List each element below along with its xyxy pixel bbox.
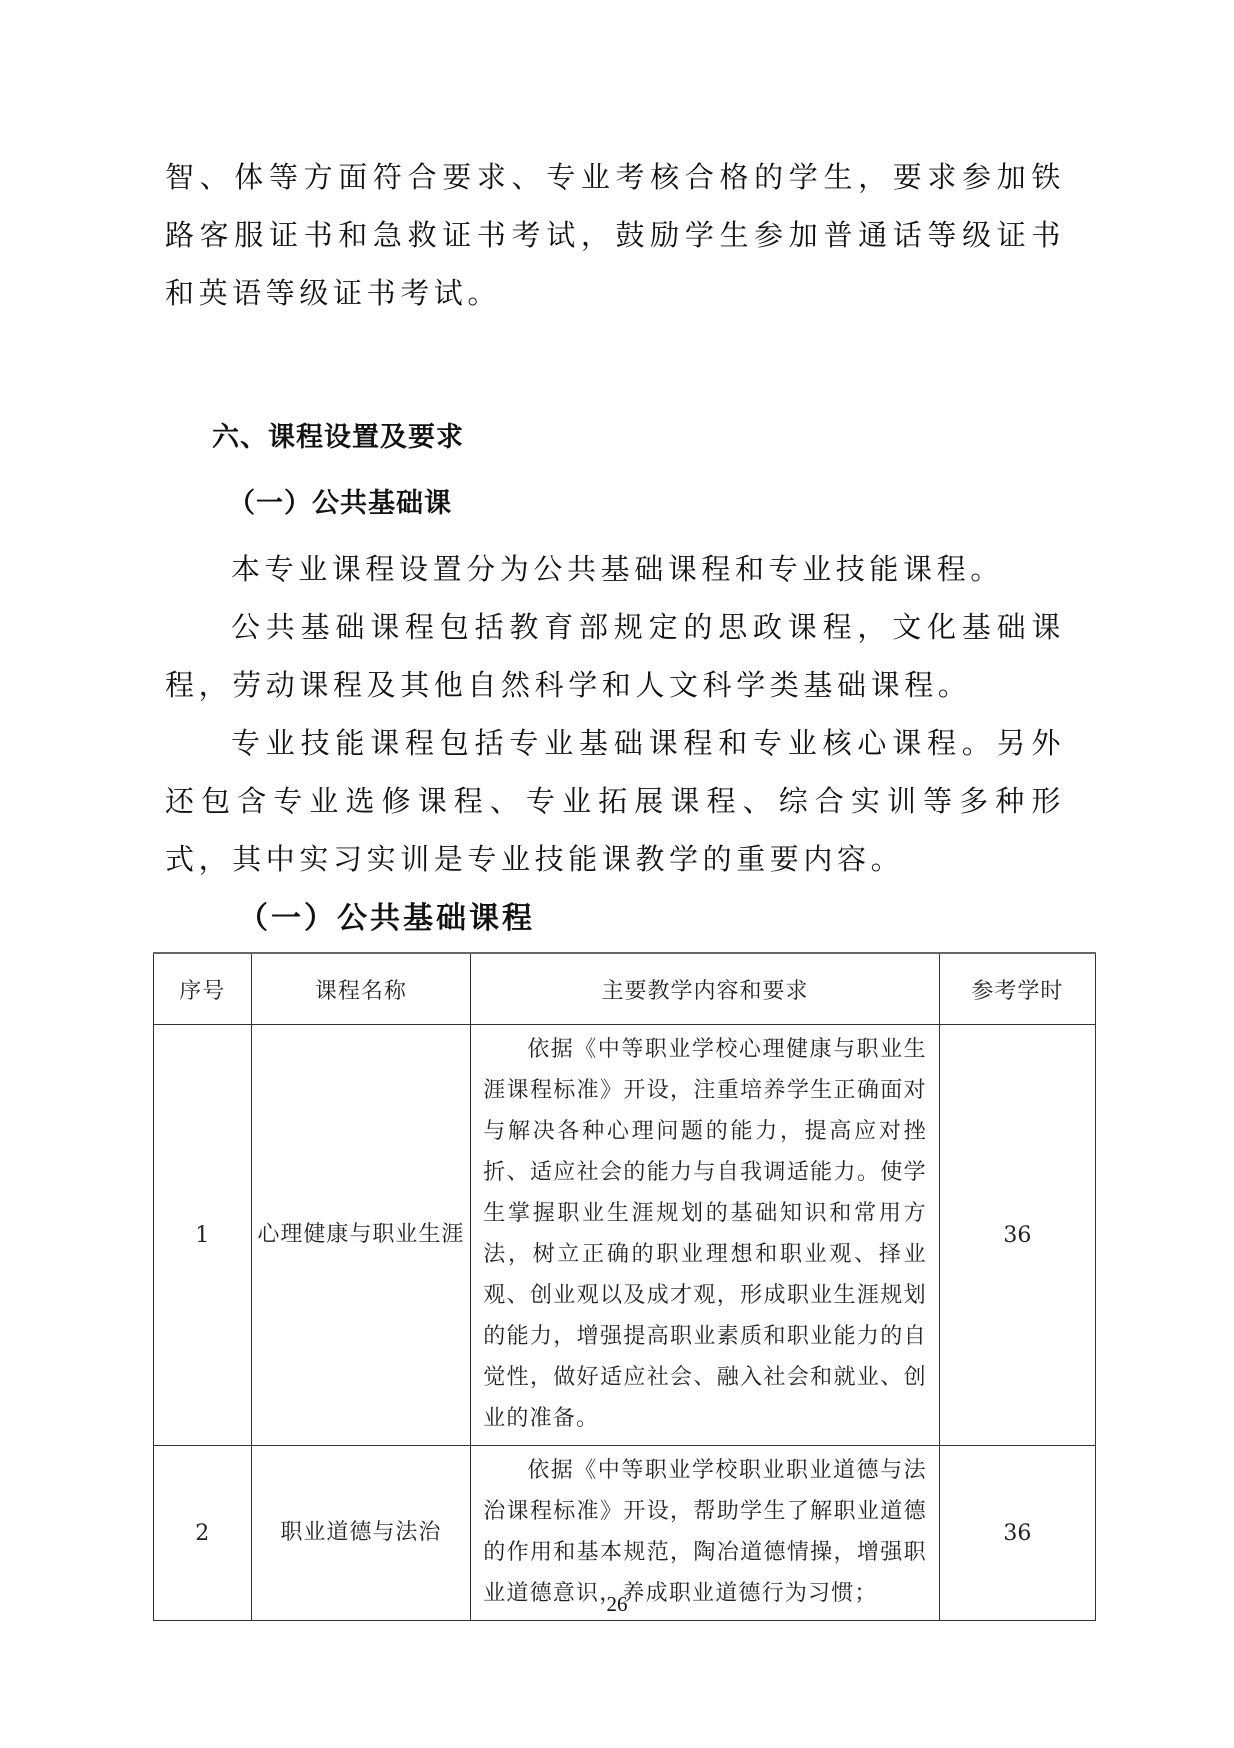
intro-paragraph: 智、体等方面符合要求、专业考核合格的学生，要求参加铁路客服证书和急救证书考试，鼓… [165,148,1065,322]
table-header-row: 序号 课程名称 主要教学内容和要求 参考学时 [154,953,1096,1025]
table-heading: （一）公共基础课程 [238,893,535,937]
section-heading: 六、课程设置及要求 [212,415,464,454]
paragraph-public-courses: 公共基础课程包括教育部规定的思政课程，文化基础课程，劳动课程及其他自然科学和人文… [165,598,1065,714]
cell-course-name: 心理健康与职业生涯 [251,1025,471,1446]
subsection-heading: （一）公共基础课 [228,481,452,520]
document-page: 智、体等方面符合要求、专业考核合格的学生，要求参加铁路客服证书和急救证书考试，鼓… [0,0,1234,1748]
cell-hours: 36 [939,1025,1095,1446]
header-content: 主要教学内容和要求 [471,953,940,1025]
paragraph-course-overview: 本专业课程设置分为公共基础课程和专业技能课程。 [165,540,1065,598]
table-row: 1 心理健康与职业生涯 依据《中等职业学校心理健康与职业生涯课程标准》开设，注重… [154,1025,1096,1446]
header-number: 序号 [154,953,252,1025]
paragraph-skill-courses: 专业技能课程包括专业基础课程和专业核心课程。另外还包含专业选修课程、专业拓展课程… [165,714,1065,888]
page-number: 26 [0,1592,1234,1617]
header-hours: 参考学时 [939,953,1095,1025]
cell-description: 依据《中等职业学校心理健康与职业生涯课程标准》开设，注重培养学生正确面对与解决各… [471,1025,940,1446]
header-course-name: 课程名称 [251,953,471,1025]
cell-number: 1 [154,1025,252,1446]
course-table: 序号 课程名称 主要教学内容和要求 参考学时 1 心理健康与职业生涯 依据《中等… [153,952,1096,1621]
